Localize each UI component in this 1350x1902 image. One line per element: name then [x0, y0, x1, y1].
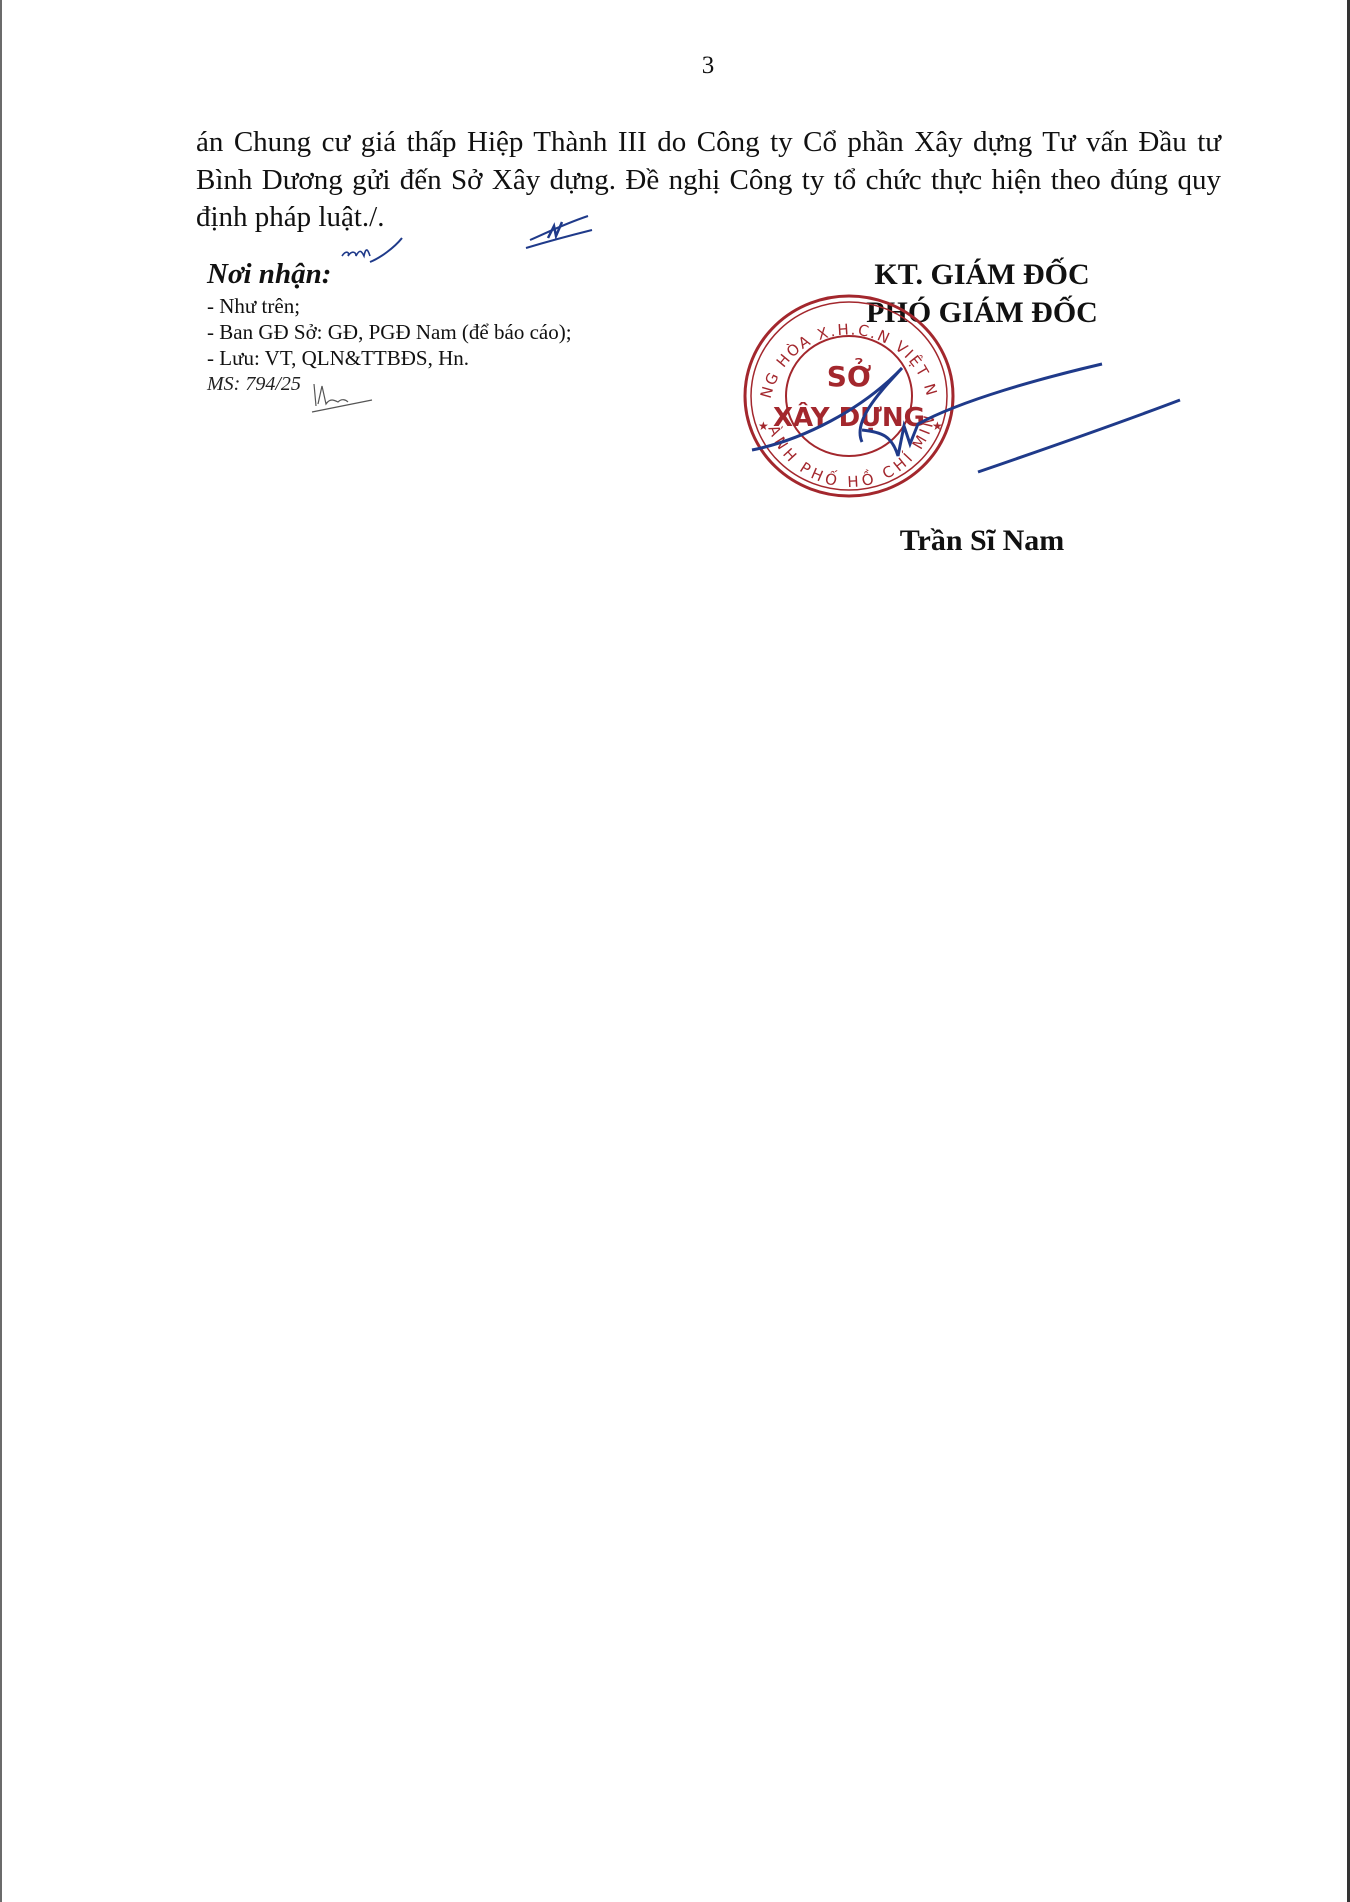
- document-code: MS: 794/25: [207, 371, 572, 397]
- body-paragraph-text: án Chung cư giá thấp Hiệp Thành III do C…: [196, 124, 1221, 237]
- document-page: 3 án Chung cư giá thấp Hiệp Thành III do…: [0, 0, 1350, 1902]
- svg-text:★: ★: [758, 419, 769, 433]
- signoff-title-line1: KT. GIÁM ĐỐC: [832, 256, 1132, 294]
- recipients-block: Nơi nhận: - Như trên; - Ban GĐ Sở: GĐ, P…: [207, 258, 572, 397]
- handwritten-note-icon: [340, 238, 406, 268]
- body-paragraph: án Chung cư giá thấp Hiệp Thành III do C…: [196, 124, 1221, 237]
- director-signature-icon: [862, 360, 1192, 480]
- paragraph-initial-signature-icon: [524, 212, 594, 252]
- recipient-item: - Lưu: VT, QLN&TTBĐS, Hn.: [207, 345, 572, 371]
- recipient-item: - Ban GĐ Sở: GĐ, PGĐ Nam (để báo cáo);: [207, 319, 572, 345]
- signer-name: Trần Sĩ Nam: [832, 524, 1132, 558]
- ms-initial-signature-icon: [312, 380, 372, 414]
- recipients-list: - Như trên; - Ban GĐ Sở: GĐ, PGĐ Nam (để…: [207, 293, 572, 371]
- page-number: 3: [2, 52, 1350, 80]
- recipient-item: - Như trên;: [207, 293, 572, 319]
